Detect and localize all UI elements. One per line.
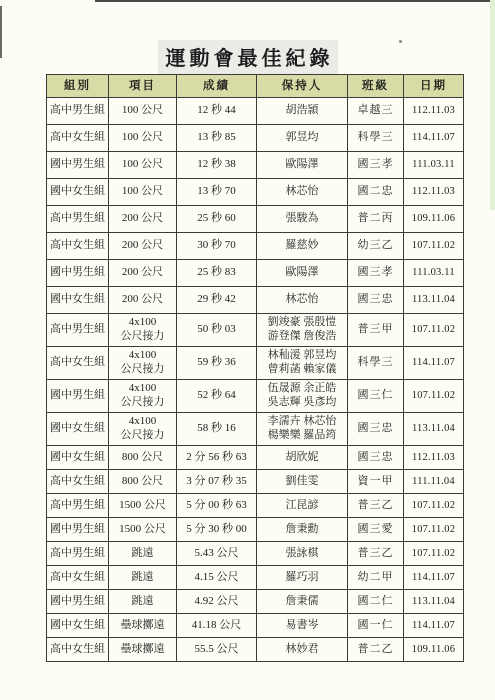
- cell-text: 高中男生組: [48, 547, 107, 561]
- cell-date: 107.11.02: [404, 494, 464, 518]
- cell-text: 國中女生組: [48, 185, 107, 199]
- cell-text: 林芯怡: [258, 293, 346, 307]
- cell-class: 國二仁: [348, 590, 404, 614]
- cell-text: 112.11.03: [405, 104, 462, 117]
- cell-text: 114.11.07: [405, 356, 462, 369]
- table-row: 高中男生組200 公尺25 秒 60張駿為普二丙109.11.06: [47, 206, 464, 233]
- cell-event: 800 公尺: [109, 446, 177, 470]
- cell-class: 國一仁: [348, 614, 404, 638]
- cell-text: 劉竣豪 張殷愷: [258, 316, 346, 330]
- cell-text: 52 秒 64: [178, 389, 255, 403]
- cell-class: 普三乙: [348, 542, 404, 566]
- cell-event: 1500 公尺: [109, 494, 177, 518]
- cell-text: 公尺接力: [110, 330, 175, 344]
- cell-date: 114.11.07: [404, 347, 464, 380]
- cell-result: 50 秒 03: [177, 314, 257, 347]
- cell-text: 12 秒 44: [178, 104, 255, 118]
- column-header-5: 日期: [404, 75, 464, 98]
- cell-text: 游登傑 詹俊浩: [258, 330, 346, 344]
- cell-group: 國中男生組: [47, 260, 109, 287]
- cell-group: 高中男生組: [47, 98, 109, 125]
- cell-event: 100 公尺: [109, 152, 177, 179]
- cell-text: 國中男生組: [48, 158, 107, 172]
- cell-result: 58 秒 16: [177, 413, 257, 446]
- cell-text: 50 秒 03: [178, 323, 255, 337]
- cell-event: 200 公尺: [109, 233, 177, 260]
- cell-text: 幼二甲: [349, 571, 402, 585]
- cell-holders: 李濡卉 林芯怡楊樂樂 羅品筠: [257, 413, 348, 446]
- cell-text: 國三仁: [349, 389, 402, 403]
- cell-text: 114.11.07: [405, 131, 462, 144]
- table-row: 國中男生組1500 公尺5 分 30 秒 00詹秉勳國三愛107.11.02: [47, 518, 464, 542]
- cell-event: 100 公尺: [109, 179, 177, 206]
- cell-group: 高中女生組: [47, 347, 109, 380]
- cell-holders: 胡欣妮: [257, 446, 348, 470]
- cell-event: 200 公尺: [109, 206, 177, 233]
- cell-event: 4x100公尺接力: [109, 314, 177, 347]
- cell-text: 國三忠: [349, 451, 402, 465]
- cell-result: 5.43 公尺: [177, 542, 257, 566]
- cell-holders: 劉竣豪 張殷愷游登傑 詹俊浩: [257, 314, 348, 347]
- cell-class: 國三忠: [348, 287, 404, 314]
- cell-text: 公尺接力: [110, 429, 175, 443]
- cell-event: 800 公尺: [109, 470, 177, 494]
- cell-text: 200 公尺: [110, 293, 175, 307]
- cell-text: 高中女生組: [48, 475, 107, 489]
- cell-holders: 江昆諺: [257, 494, 348, 518]
- cell-text: 111.03.11: [405, 266, 462, 279]
- cell-class: 國三仁: [348, 380, 404, 413]
- table-row: 國中女生組壘球擲遠41.18 公尺易書岑國一仁114.11.07: [47, 614, 464, 638]
- cell-date: 114.11.07: [404, 614, 464, 638]
- cell-text: 林秈湲 郭昱均: [258, 349, 346, 363]
- cell-text: 國中男生組: [48, 266, 107, 280]
- cell-text: 高中男生組: [48, 499, 107, 513]
- cell-text: 胡欣妮: [258, 451, 346, 465]
- cell-text: 高中女生組: [48, 131, 107, 145]
- cell-text: 4x100: [110, 316, 175, 330]
- cell-text: 壘球擲遠: [110, 619, 175, 633]
- cell-text: 普二乙: [349, 643, 402, 657]
- cell-event: 壘球擲遠: [109, 638, 177, 662]
- cell-text: 41.18 公尺: [178, 619, 255, 633]
- cell-text: 普三乙: [349, 547, 402, 561]
- cell-holders: 林秈湲 郭昱均曾莉菡 賴家儀: [257, 347, 348, 380]
- cell-text: 2 分 56 秒 63: [178, 451, 255, 465]
- column-header-1: 項目: [109, 75, 177, 98]
- cell-group: 高中男生組: [47, 494, 109, 518]
- cell-group: 國中女生組: [47, 446, 109, 470]
- cell-text: 1500 公尺: [110, 523, 175, 537]
- cell-group: 國中男生組: [47, 590, 109, 614]
- table-row: 高中男生組跳遠5.43 公尺張詠棋普三乙107.11.02: [47, 542, 464, 566]
- cell-text: 25 秒 83: [178, 266, 255, 280]
- table-row: 高中女生組800 公尺3 分 07 秒 35劉佳雯資一甲111.11.04: [47, 470, 464, 494]
- cell-class: 幼二甲: [348, 566, 404, 590]
- table-row: 高中女生組4x100公尺接力59 秒 36林秈湲 郭昱均曾莉菡 賴家儀科學三11…: [47, 347, 464, 380]
- cell-text: 200 公尺: [110, 266, 175, 280]
- cell-result: 25 秒 60: [177, 206, 257, 233]
- table-row: 國中女生組4x100公尺接力58 秒 16李濡卉 林芯怡楊樂樂 羅品筠國三忠11…: [47, 413, 464, 446]
- cell-group: 高中女生組: [47, 638, 109, 662]
- cell-text: 4x100: [110, 382, 175, 396]
- cell-class: 科學三: [348, 125, 404, 152]
- table-row: 國中男生組4x100公尺接力52 秒 64伍晟源 余正皓吳志輝 吳彥均國三仁10…: [47, 380, 464, 413]
- cell-text: 壘球擲遠: [110, 643, 175, 657]
- column-header-3: 保持人: [257, 75, 348, 98]
- cell-event: 1500 公尺: [109, 518, 177, 542]
- cell-event: 100 公尺: [109, 125, 177, 152]
- cell-text: 國中男生組: [48, 595, 107, 609]
- cell-text: 林芯怡: [258, 185, 346, 199]
- table-row: 高中女生組壘球擲遠55.5 公尺林妙君普二乙109.11.06: [47, 638, 464, 662]
- cell-date: 114.11.07: [404, 566, 464, 590]
- cell-text: 卓越三: [349, 104, 402, 118]
- cell-holders: 羅慈妙: [257, 233, 348, 260]
- cell-text: 國三孝: [349, 266, 402, 280]
- cell-text: 詹秉儒: [258, 595, 346, 609]
- cell-group: 高中男生組: [47, 314, 109, 347]
- cell-text: 107.11.02: [405, 389, 462, 402]
- cell-text: 58 秒 16: [178, 422, 255, 436]
- cell-date: 113.11.04: [404, 590, 464, 614]
- cell-text: 李濡卉 林芯怡: [258, 415, 346, 429]
- cell-holders: 林妙君: [257, 638, 348, 662]
- cell-text: 3 分 07 秒 35: [178, 475, 255, 489]
- cell-text: 59 秒 36: [178, 356, 255, 370]
- cell-text: 107.11.02: [405, 239, 462, 252]
- cell-holders: 張駿為: [257, 206, 348, 233]
- cell-class: 普三乙: [348, 494, 404, 518]
- column-header-0: 組別: [47, 75, 109, 98]
- cell-class: 普二丙: [348, 206, 404, 233]
- cell-text: 普二丙: [349, 212, 402, 226]
- cell-holders: 胡浩頴: [257, 98, 348, 125]
- scan-artifact-right-strip: [490, 0, 495, 210]
- cell-result: 13 秒 70: [177, 179, 257, 206]
- cell-group: 國中女生組: [47, 287, 109, 314]
- cell-text: 109.11.06: [405, 643, 462, 656]
- cell-text: 詹秉勳: [258, 523, 346, 537]
- cell-text: 13 秒 70: [178, 185, 255, 199]
- cell-class: 卓越三: [348, 98, 404, 125]
- cell-text: 公尺接力: [110, 396, 175, 410]
- cell-text: 公尺接力: [110, 363, 175, 377]
- cell-text: 112.11.03: [405, 185, 462, 198]
- cell-class: 普二乙: [348, 638, 404, 662]
- cell-text: 高中女生組: [48, 356, 107, 370]
- cell-text: 普三乙: [349, 499, 402, 513]
- cell-holders: 林芯怡: [257, 179, 348, 206]
- cell-result: 4.15 公尺: [177, 566, 257, 590]
- cell-class: 資一甲: [348, 470, 404, 494]
- column-header-2: 成績: [177, 75, 257, 98]
- cell-date: 114.11.07: [404, 125, 464, 152]
- cell-date: 107.11.02: [404, 314, 464, 347]
- cell-text: 107.11.02: [405, 523, 462, 536]
- cell-result: 30 秒 70: [177, 233, 257, 260]
- cell-result: 4.92 公尺: [177, 590, 257, 614]
- cell-class: 普三甲: [348, 314, 404, 347]
- table-row: 國中女生組100 公尺13 秒 70林芯怡國二忠112.11.03: [47, 179, 464, 206]
- cell-text: 高中男生組: [48, 323, 107, 337]
- cell-text: 100 公尺: [110, 104, 175, 118]
- table-row: 高中男生組1500 公尺5 分 00 秒 63江昆諺普三乙107.11.02: [47, 494, 464, 518]
- cell-text: 107.11.02: [405, 547, 462, 560]
- cell-text: 13 秒 85: [178, 131, 255, 145]
- cell-text: 12 秒 38: [178, 158, 255, 172]
- cell-date: 112.11.03: [404, 179, 464, 206]
- cell-holders: 詹秉儒: [257, 590, 348, 614]
- cell-text: 100 公尺: [110, 131, 175, 145]
- cell-holders: 劉佳雯: [257, 470, 348, 494]
- cell-holders: 張詠棋: [257, 542, 348, 566]
- table-row: 高中男生組4x100公尺接力50 秒 03劉竣豪 張殷愷游登傑 詹俊浩普三甲10…: [47, 314, 464, 347]
- cell-holders: 郭昱均: [257, 125, 348, 152]
- cell-text: 國一仁: [349, 619, 402, 633]
- cell-result: 5 分 30 秒 00: [177, 518, 257, 542]
- cell-date: 107.11.02: [404, 233, 464, 260]
- cell-group: 國中女生組: [47, 413, 109, 446]
- cell-group: 國中男生組: [47, 518, 109, 542]
- cell-text: 資一甲: [349, 475, 402, 489]
- cell-date: 109.11.06: [404, 206, 464, 233]
- cell-text: 國三忠: [349, 293, 402, 307]
- cell-result: 3 分 07 秒 35: [177, 470, 257, 494]
- cell-result: 13 秒 85: [177, 125, 257, 152]
- cell-text: 4.15 公尺: [178, 571, 255, 585]
- cell-class: 國三孝: [348, 152, 404, 179]
- cell-class: 國三忠: [348, 446, 404, 470]
- cell-text: 5 分 00 秒 63: [178, 499, 255, 513]
- cell-event: 跳遠: [109, 542, 177, 566]
- cell-date: 111.11.04: [404, 470, 464, 494]
- cell-holders: 羅巧羽: [257, 566, 348, 590]
- records-table: 組別項目成績保持人班級日期 高中男生組100 公尺12 秒 44胡浩頴卓越三11…: [46, 74, 464, 662]
- cell-text: 國中女生組: [48, 293, 107, 307]
- cell-text: 羅巧羽: [258, 571, 346, 585]
- cell-event: 4x100公尺接力: [109, 413, 177, 446]
- cell-text: 4x100: [110, 349, 175, 363]
- cell-date: 112.11.03: [404, 98, 464, 125]
- cell-text: 張詠棋: [258, 547, 346, 561]
- cell-class: 國二忠: [348, 179, 404, 206]
- cell-group: 高中女生組: [47, 233, 109, 260]
- cell-holders: 歐陽澤: [257, 260, 348, 287]
- cell-text: 113.11.04: [405, 422, 462, 435]
- cell-result: 55.5 公尺: [177, 638, 257, 662]
- cell-text: 25 秒 60: [178, 212, 255, 226]
- table-row: 高中女生組跳遠4.15 公尺羅巧羽幼二甲114.11.07: [47, 566, 464, 590]
- cell-text: 國三孝: [349, 158, 402, 172]
- cell-text: 羅慈妙: [258, 239, 346, 253]
- cell-text: 國中女生組: [48, 451, 107, 465]
- cell-text: 國二忠: [349, 185, 402, 199]
- cell-text: 胡浩頴: [258, 104, 346, 118]
- cell-result: 41.18 公尺: [177, 614, 257, 638]
- cell-text: 科學三: [349, 356, 402, 370]
- cell-text: 高中男生組: [48, 212, 107, 226]
- cell-event: 200 公尺: [109, 260, 177, 287]
- cell-group: 高中女生組: [47, 566, 109, 590]
- cell-text: 高中女生組: [48, 643, 107, 657]
- cell-event: 跳遠: [109, 590, 177, 614]
- cell-group: 國中男生組: [47, 152, 109, 179]
- cell-group: 國中女生組: [47, 614, 109, 638]
- column-header-4: 班級: [348, 75, 404, 98]
- cell-event: 200 公尺: [109, 287, 177, 314]
- cell-group: 國中女生組: [47, 179, 109, 206]
- cell-result: 2 分 56 秒 63: [177, 446, 257, 470]
- cell-result: 25 秒 83: [177, 260, 257, 287]
- cell-result: 59 秒 36: [177, 347, 257, 380]
- cell-holders: 歐陽澤: [257, 152, 348, 179]
- cell-text: 5.43 公尺: [178, 547, 255, 561]
- cell-text: 國三忠: [349, 422, 402, 436]
- cell-text: 郭昱均: [258, 131, 346, 145]
- cell-text: 伍晟源 余正皓: [258, 382, 346, 396]
- table-row: 高中男生組100 公尺12 秒 44胡浩頴卓越三112.11.03: [47, 98, 464, 125]
- cell-holders: 伍晟源 余正皓吳志輝 吳彥均: [257, 380, 348, 413]
- cell-text: 國中女生組: [48, 422, 107, 436]
- cell-group: 高中女生組: [47, 470, 109, 494]
- cell-class: 國三忠: [348, 413, 404, 446]
- cell-text: 100 公尺: [110, 185, 175, 199]
- cell-text: 科學三: [349, 131, 402, 145]
- cell-text: 200 公尺: [110, 239, 175, 253]
- cell-text: 5 分 30 秒 00: [178, 523, 255, 537]
- cell-text: 111.11.04: [405, 475, 462, 488]
- table-row: 高中女生組200 公尺30 秒 70羅慈妙幼三乙107.11.02: [47, 233, 464, 260]
- table-row: 國中男生組跳遠4.92 公尺詹秉儒國二仁113.11.04: [47, 590, 464, 614]
- cell-text: 113.11.04: [405, 595, 462, 608]
- cell-text: 曾莉菡 賴家儀: [258, 363, 346, 377]
- cell-text: 1500 公尺: [110, 499, 175, 513]
- cell-group: 國中男生組: [47, 380, 109, 413]
- cell-text: 國中女生組: [48, 619, 107, 633]
- cell-group: 高中女生組: [47, 125, 109, 152]
- cell-text: 劉佳雯: [258, 475, 346, 489]
- cell-date: 113.11.04: [404, 287, 464, 314]
- cell-text: 普三甲: [349, 323, 402, 337]
- cell-result: 5 分 00 秒 63: [177, 494, 257, 518]
- cell-text: 55.5 公尺: [178, 643, 255, 657]
- table-row: 國中男生組200 公尺25 秒 83歐陽澤國三孝111.03.11: [47, 260, 464, 287]
- scan-artifact-top-edge: [95, 0, 495, 2]
- cell-holders: 易書岑: [257, 614, 348, 638]
- cell-text: 國中男生組: [48, 389, 107, 403]
- scanned-document-page: { "page": { "title": "運動會最佳紀錄" }, "color…: [0, 0, 495, 700]
- cell-text: 100 公尺: [110, 158, 175, 172]
- cell-text: 江昆諺: [258, 499, 346, 513]
- page-title: 運動會最佳紀錄: [158, 40, 338, 74]
- cell-text: 29 秒 42: [178, 293, 255, 307]
- cell-text: 200 公尺: [110, 212, 175, 226]
- cell-text: 113.11.04: [405, 293, 462, 306]
- cell-text: 國三愛: [349, 523, 402, 537]
- cell-text: 800 公尺: [110, 451, 175, 465]
- cell-text: 111.03.11: [405, 158, 462, 171]
- cell-event: 跳遠: [109, 566, 177, 590]
- cell-date: 111.03.11: [404, 152, 464, 179]
- cell-date: 113.11.04: [404, 413, 464, 446]
- cell-text: 112.11.03: [405, 451, 462, 464]
- cell-text: 4x100: [110, 415, 175, 429]
- cell-group: 高中男生組: [47, 542, 109, 566]
- table-row: 國中女生組200 公尺29 秒 42林芯怡國三忠113.11.04: [47, 287, 464, 314]
- cell-class: 國三愛: [348, 518, 404, 542]
- cell-text: 吳志輝 吳彥均: [258, 396, 346, 410]
- cell-date: 107.11.02: [404, 542, 464, 566]
- cell-holders: 詹秉勳: [257, 518, 348, 542]
- table-header-row: 組別項目成績保持人班級日期: [47, 75, 464, 98]
- cell-event: 4x100公尺接力: [109, 347, 177, 380]
- cell-text: 107.11.02: [405, 499, 462, 512]
- table-row: 國中女生組800 公尺2 分 56 秒 63胡欣妮國三忠112.11.03: [47, 446, 464, 470]
- title-container: 運動會最佳紀錄: [0, 40, 495, 74]
- cell-event: 壘球擲遠: [109, 614, 177, 638]
- cell-text: 跳遠: [110, 571, 175, 585]
- cell-text: 30 秒 70: [178, 239, 255, 253]
- cell-event: 4x100公尺接力: [109, 380, 177, 413]
- cell-date: 112.11.03: [404, 446, 464, 470]
- cell-text: 國二仁: [349, 595, 402, 609]
- cell-text: 跳遠: [110, 595, 175, 609]
- cell-text: 114.11.07: [405, 571, 462, 584]
- cell-result: 12 秒 38: [177, 152, 257, 179]
- cell-date: 111.03.11: [404, 260, 464, 287]
- cell-text: 歐陽澤: [258, 266, 346, 280]
- cell-text: 易書岑: [258, 619, 346, 633]
- cell-text: 107.11.02: [405, 323, 462, 336]
- cell-text: 跳遠: [110, 547, 175, 561]
- cell-holders: 林芯怡: [257, 287, 348, 314]
- cell-text: 高中女生組: [48, 239, 107, 253]
- cell-text: 國中男生組: [48, 523, 107, 537]
- cell-result: 52 秒 64: [177, 380, 257, 413]
- cell-class: 國三孝: [348, 260, 404, 287]
- cell-group: 高中男生組: [47, 206, 109, 233]
- table-row: 高中女生組100 公尺13 秒 85郭昱均科學三114.11.07: [47, 125, 464, 152]
- cell-result: 12 秒 44: [177, 98, 257, 125]
- cell-text: 800 公尺: [110, 475, 175, 489]
- cell-date: 107.11.02: [404, 518, 464, 542]
- cell-text: 林妙君: [258, 643, 346, 657]
- table-row: 國中男生組100 公尺12 秒 38歐陽澤國三孝111.03.11: [47, 152, 464, 179]
- cell-text: 109.11.06: [405, 212, 462, 225]
- cell-event: 100 公尺: [109, 98, 177, 125]
- cell-text: 高中女生組: [48, 571, 107, 585]
- cell-date: 107.11.02: [404, 380, 464, 413]
- cell-text: 高中男生組: [48, 104, 107, 118]
- cell-text: 114.11.07: [405, 619, 462, 632]
- cell-date: 109.11.06: [404, 638, 464, 662]
- cell-text: 4.92 公尺: [178, 595, 255, 609]
- cell-text: 楊樂樂 羅品筠: [258, 429, 346, 443]
- cell-result: 29 秒 42: [177, 287, 257, 314]
- cell-class: 科學三: [348, 347, 404, 380]
- cell-text: 幼三乙: [349, 239, 402, 253]
- cell-text: 張駿為: [258, 212, 346, 226]
- cell-text: 歐陽澤: [258, 158, 346, 172]
- cell-class: 幼三乙: [348, 233, 404, 260]
